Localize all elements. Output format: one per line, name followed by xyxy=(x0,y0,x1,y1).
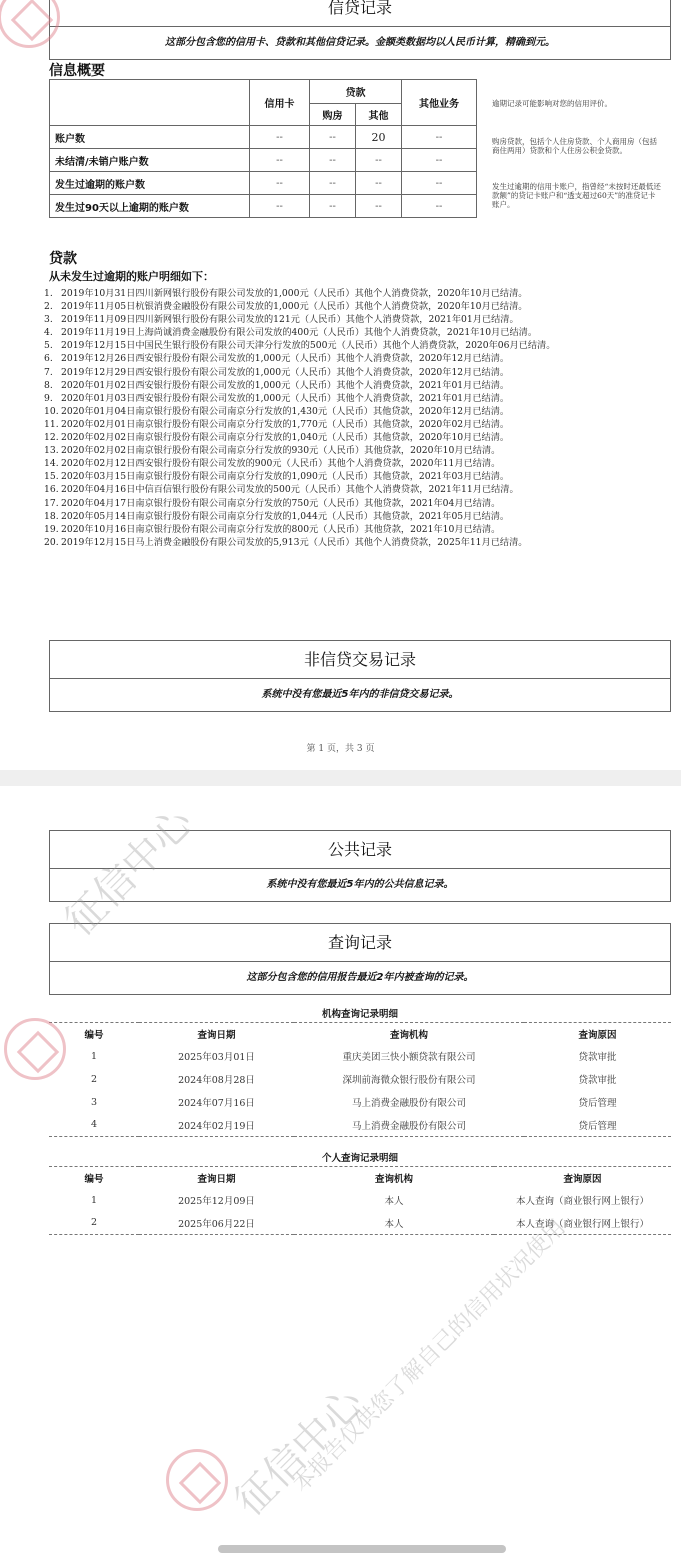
table-row: 1 2025年03月01日 重庆美团三快小额贷款有限公司 贷款审批 xyxy=(49,1045,671,1068)
cell-credit-card: -- xyxy=(250,172,310,195)
loan-item: 10.2020年01月04日南京银行股份有限公司南京分行发放的1,430元（人民… xyxy=(44,405,555,418)
loan-item: 8.2020年01月02日西安银行股份有限公司发放的1,000元（人民币）其他个… xyxy=(44,379,555,392)
cell-other-business: -- xyxy=(402,126,477,149)
cell-credit-card: -- xyxy=(250,149,310,172)
table-row: 4 2024年02月19日 马上消费金融股份有限公司 贷后管理 xyxy=(49,1114,671,1137)
seal-icon xyxy=(166,1449,228,1511)
col-loan-house: 购房 xyxy=(310,104,356,126)
row-label: 未结清/未销户账户数 xyxy=(50,149,250,172)
row-label: 账户数 xyxy=(50,126,250,149)
col-query-org: 查询机构 xyxy=(294,1167,494,1189)
non-credit-section-header: 非信贷交易记录 系统中没有您最近5年内的非信贷交易记录。 xyxy=(49,640,671,712)
loan-item: 3.2019年11月09日四川新网银行股份有限公司发放的121元（人民币）其他个… xyxy=(44,313,555,326)
institution-query-heading: 机构查询记录明细 xyxy=(49,1006,671,1020)
loan-item: 5.2019年12月15日中国民生银行股份有限公司天津分行发放的500元（人民币… xyxy=(44,339,555,352)
personal-query-heading: 个人查询记录明细 xyxy=(49,1150,671,1164)
table-header-row: 编号 查询日期 查询机构 查询原因 xyxy=(49,1023,671,1045)
loan-list: 1.2019年10月31日四川新网银行股份有限公司发放的1,000元（人民币）其… xyxy=(44,287,555,549)
credit-records-section-header: 信贷记录 这部分包含您的信用卡、贷款和其他信贷记录。金额类数据均以人民币计算，精… xyxy=(49,0,671,60)
loan-item: 9.2020年01月03日西安银行股份有限公司发放的1,000元（人民币）其他个… xyxy=(44,392,555,405)
report-page-1: 信贷记录 这部分包含您的信用卡、贷款和其他信贷记录。金额类数据均以人民币计算，精… xyxy=(0,0,681,770)
loan-item: 4.2019年11月19日上海尚诚消费金融股份有限公司发放的400元（人民币）其… xyxy=(44,326,555,339)
row-label: 发生过90天以上逾期的账户数 xyxy=(50,195,250,218)
loan-item: 13.2020年02月02日南京银行股份有限公司南京分行发放的930元（人民币）… xyxy=(44,444,555,457)
loan-item: 19.2020年10月16日南京银行股份有限公司南京分行发放的800元（人民币）… xyxy=(44,523,555,536)
watermark-slogan: 本报告仅供您了解自己的信用状况使用 xyxy=(285,1212,571,1498)
col-query-org: 查询机构 xyxy=(294,1023,524,1045)
cell-other-business: -- xyxy=(402,195,477,218)
summary-corner-cell xyxy=(50,80,250,126)
col-loan-other: 其他 xyxy=(356,104,402,126)
cell-house: -- xyxy=(310,149,356,172)
col-query-date: 查询日期 xyxy=(139,1167,294,1189)
section-description: 系统中没有您最近5年内的公共信息记录。 xyxy=(50,869,670,901)
cell-credit-card: -- xyxy=(250,195,310,218)
summary-row: 未结清/未销户账户数 -- -- -- -- xyxy=(50,149,477,172)
cell-house: -- xyxy=(310,172,356,195)
col-loan: 贷款 xyxy=(310,80,402,104)
section-description: 这部分包含您的信用卡、贷款和其他信贷记录。金额类数据均以人民币计算，精确到元。 xyxy=(50,27,670,59)
loan-item: 18.2020年05月14日南京银行股份有限公司南京分行发放的1,044元（人民… xyxy=(44,510,555,523)
cell-other-business: -- xyxy=(402,149,477,172)
summary-row: 账户数 -- -- 20 -- xyxy=(50,126,477,149)
cell-credit-card: -- xyxy=(250,126,310,149)
loan-item: 12.2020年02月02日南京银行股份有限公司南京分行发放的1,040元（人民… xyxy=(44,431,555,444)
institution-query-table: 编号 查询日期 查询机构 查询原因 1 2025年03月01日 重庆美团三快小额… xyxy=(49,1022,671,1137)
loans-subheading: 从未发生过逾期的账户明细如下： xyxy=(49,268,214,284)
loan-item: 15.2020年03月15日南京银行股份有限公司南京分行发放的1,090元（人民… xyxy=(44,470,555,483)
loan-item: 14.2020年02月12日西安银行股份有限公司发放的900元（人民币）其他个人… xyxy=(44,457,555,470)
cell-house: -- xyxy=(310,195,356,218)
section-title: 公共记录 xyxy=(50,831,670,869)
home-indicator-bar[interactable] xyxy=(218,1545,506,1553)
loan-item: 11.2020年02月01日南京银行股份有限公司南京分行发放的1,770元（人民… xyxy=(44,418,555,431)
col-query-date: 查询日期 xyxy=(139,1023,294,1045)
cell-other: -- xyxy=(356,195,402,218)
table-row: 3 2024年07月16日 马上消费金融股份有限公司 贷后管理 xyxy=(49,1091,671,1114)
loan-item: 2.2019年11月05日杭银消费金融股份有限公司发放的1,000元（人民币）其… xyxy=(44,300,555,313)
col-credit-card: 信用卡 xyxy=(250,80,310,126)
page-number: 第 1 页，共 3 页 xyxy=(0,741,681,754)
summary-heading: 信息概要 xyxy=(49,60,105,80)
note-overdue-card: 发生过逾期的信用卡账户，指曾经“未按时还最低还款额”的贷记卡账户和“透支超过60… xyxy=(492,182,662,209)
col-number: 编号 xyxy=(49,1167,139,1189)
col-query-reason: 查询原因 xyxy=(494,1167,671,1189)
cell-other: -- xyxy=(356,172,402,195)
section-title: 非信贷交易记录 xyxy=(50,641,670,679)
watermark-logo-text: 征信中心 xyxy=(220,1373,373,1526)
loan-item: 1.2019年10月31日四川新网银行股份有限公司发放的1,000元（人民币）其… xyxy=(44,287,555,300)
section-description: 这部分包含您的信用报告最近2年内被查询的记录。 xyxy=(50,962,670,994)
public-records-section-header: 公共记录 系统中没有您最近5年内的公共信息记录。 xyxy=(49,830,671,902)
loan-item: 6.2019年12月26日西安银行股份有限公司发放的1,000元（人民币）其他个… xyxy=(44,352,555,365)
summary-row: 发生过90天以上逾期的账户数 -- -- -- -- xyxy=(50,195,477,218)
page-separator xyxy=(0,770,681,786)
table-row: 2 2024年08月28日 深圳前海微众银行股份有限公司 贷款审批 xyxy=(49,1068,671,1091)
cell-other: -- xyxy=(356,149,402,172)
seal-icon xyxy=(4,1018,66,1080)
loan-item: 20.2019年12月15日马上消费金融股份有限公司发放的5,913元（人民币）… xyxy=(44,536,555,549)
cell-house: -- xyxy=(310,126,356,149)
loan-item: 16.2020年04月16日中信百信银行股份有限公司发放的500元（人民币）其他… xyxy=(44,483,555,496)
personal-query-table: 编号 查询日期 查询机构 查询原因 1 2025年12月09日 本人 本人查询（… xyxy=(49,1166,671,1235)
table-row: 1 2025年12月09日 本人 本人查询（商业银行网上银行） xyxy=(49,1189,671,1212)
loans-heading: 贷款 xyxy=(49,248,77,268)
cell-other: 20 xyxy=(356,126,402,149)
cell-other-business: -- xyxy=(402,172,477,195)
note-overdue-impact: 逾期记录可能影响对您的信用评价。 xyxy=(492,99,662,108)
summary-table: 信用卡 贷款 其他业务 购房 其他 账户数 -- -- 20 -- 未结清/未销… xyxy=(49,79,477,218)
section-title: 信贷记录 xyxy=(50,0,670,27)
query-records-section-header: 查询记录 这部分包含您的信用报告最近2年内被查询的记录。 xyxy=(49,923,671,995)
section-description: 系统中没有您最近5年内的非信贷交易记录。 xyxy=(50,679,670,711)
col-query-reason: 查询原因 xyxy=(524,1023,671,1045)
section-title: 查询记录 xyxy=(50,924,670,962)
loan-item: 7.2019年12月29日西安银行股份有限公司发放的1,000元（人民币）其他个… xyxy=(44,366,555,379)
row-label: 发生过逾期的账户数 xyxy=(50,172,250,195)
table-header-row: 编号 查询日期 查询机构 查询原因 xyxy=(49,1167,671,1189)
summary-row: 发生过逾期的账户数 -- -- -- -- xyxy=(50,172,477,195)
col-other-business: 其他业务 xyxy=(402,80,477,126)
loan-item: 17.2020年04月17日南京银行股份有限公司南京分行发放的750元（人民币）… xyxy=(44,497,555,510)
note-house-loan: 购房贷款，包括个人住房贷款、个人商用房（包括商住两用）贷款和个人住房公积金贷款。 xyxy=(492,137,662,155)
table-row: 2 2025年06月22日 本人 本人查询（商业银行网上银行） xyxy=(49,1212,671,1235)
report-page-2: 公共记录 系统中没有您最近5年内的公共信息记录。 查询记录 这部分包含您的信用报… xyxy=(0,786,681,1565)
